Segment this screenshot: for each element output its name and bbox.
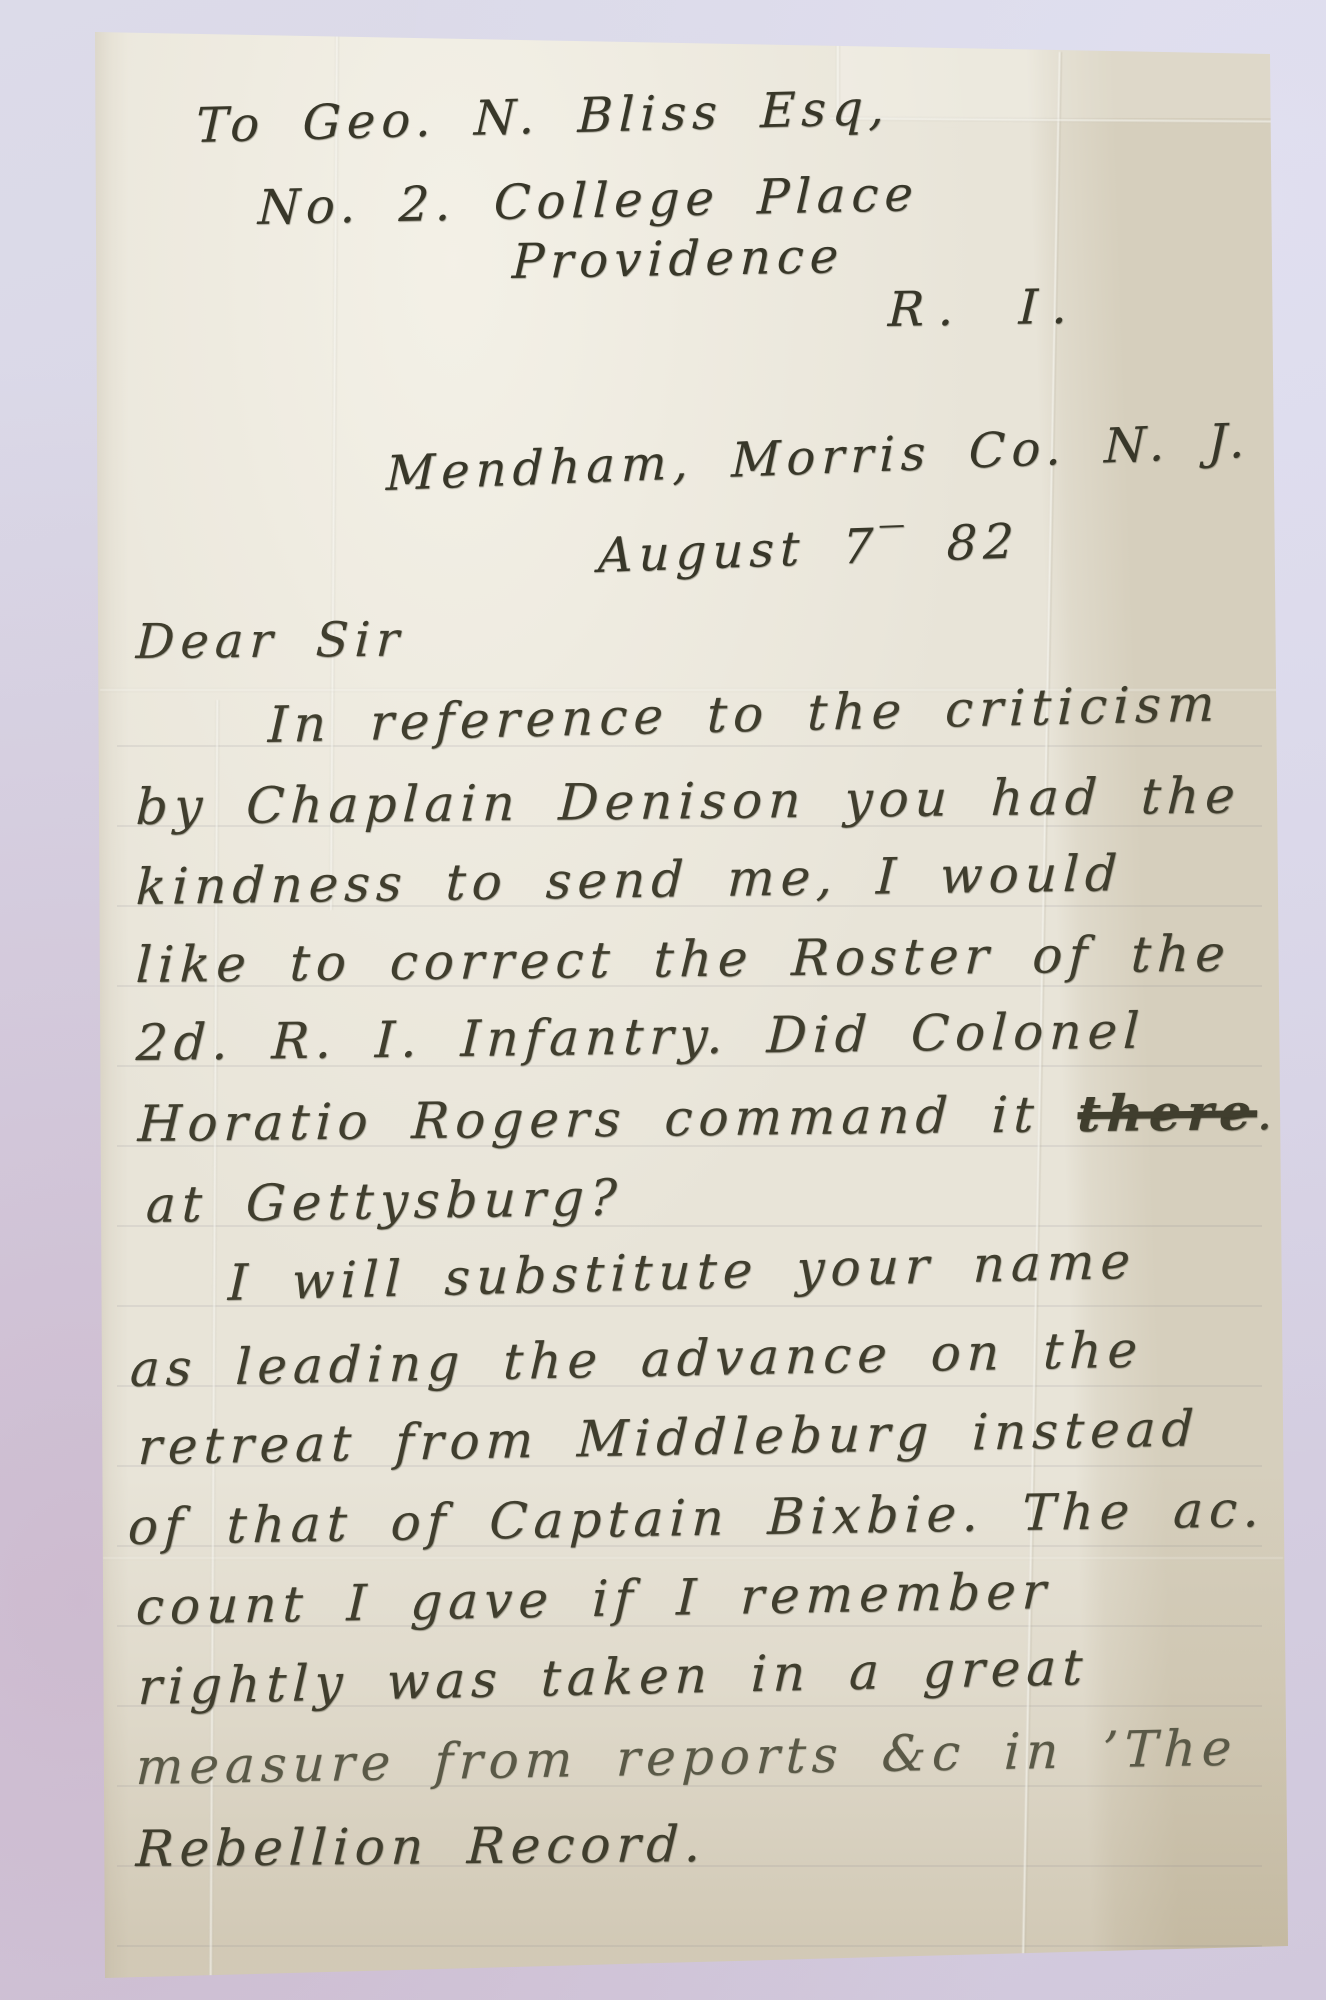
fold-crease-lower bbox=[103, 1556, 1283, 1560]
top-fold-flap bbox=[836, 28, 1288, 118]
body-line-text: . bbox=[1256, 1083, 1280, 1141]
body-line: Rebellion Record. bbox=[135, 1817, 708, 1877]
body-line: Horatio Rogers command it there. bbox=[137, 1084, 1280, 1152]
body-line-text: Horatio Rogers command it bbox=[137, 1085, 1079, 1153]
recipient-line: R. I. bbox=[887, 281, 1082, 337]
salutation: Dear Sir bbox=[135, 614, 406, 669]
body-line: 2d. R. I. Infantry. Did Colonel bbox=[135, 1004, 1146, 1071]
photograph-background: To Geo. N. Bliss Esq, No. 2. College Pla… bbox=[0, 0, 1326, 2000]
recipient-line: Providence bbox=[511, 230, 845, 289]
body-line: like to correct the Roster of the bbox=[135, 927, 1232, 993]
body-line: by Chaplain Denison you had the bbox=[135, 768, 1242, 835]
body-line: at Gettysburg? bbox=[145, 1171, 624, 1233]
struck-out-word: there bbox=[1076, 1082, 1258, 1143]
